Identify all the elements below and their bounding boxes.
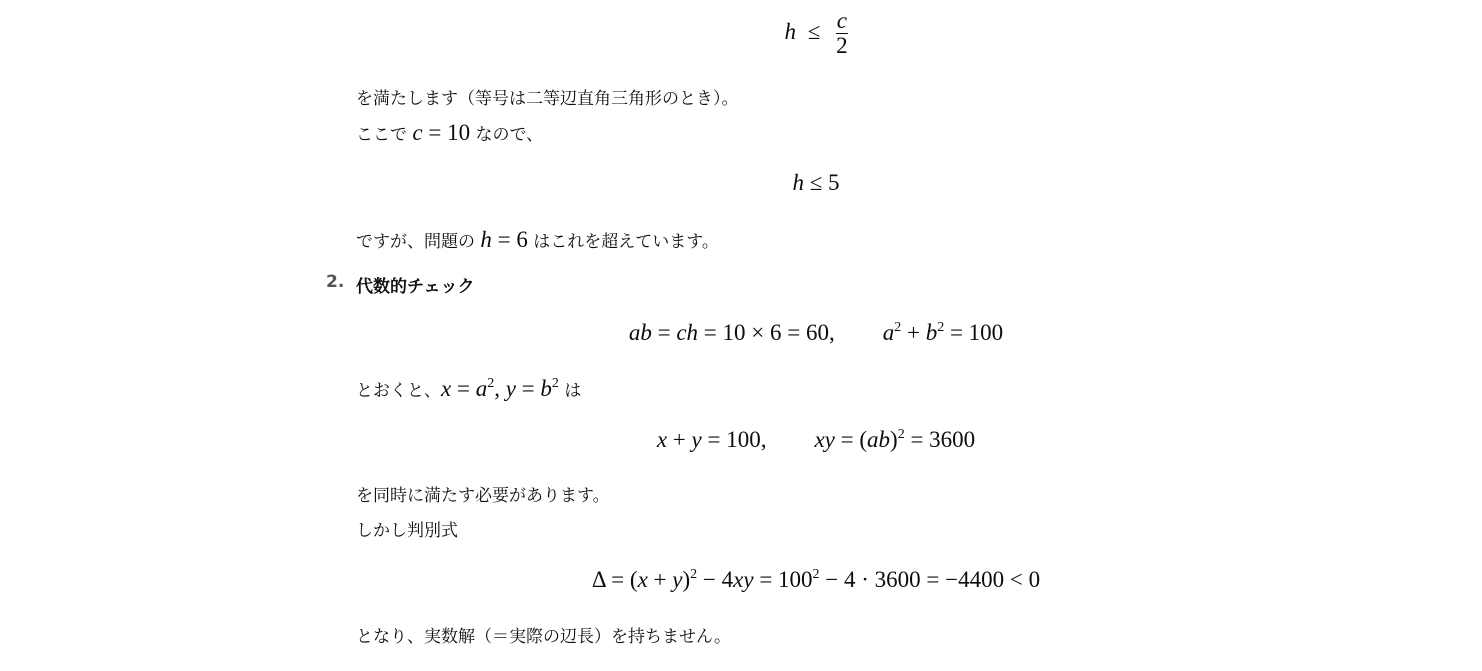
math-var-h: h	[784, 19, 796, 44]
text: は	[564, 381, 581, 401]
equation-discriminant: Δ = (x + y)2 − 4xy = 1002 − 4 · 3600 = −…	[356, 567, 1276, 593]
text: ですが、問題の	[356, 232, 475, 252]
inline-math: c = 10	[412, 120, 470, 145]
text: とおくと、	[356, 381, 441, 401]
inline-math: h = 6	[480, 227, 527, 252]
fraction-denominator: 2	[836, 35, 848, 57]
equation-ab-ch: ab = ch = 10 × 6 = 60,a2 + b2 = 100	[356, 320, 1276, 346]
fraction-numerator: c	[836, 10, 848, 32]
section-title: 代数的チェック	[356, 272, 475, 297]
equation-h-le-5: h ≤ 5	[356, 170, 1276, 196]
paragraph: を同時に満たす必要があります。	[356, 484, 610, 508]
fraction: c 2	[836, 10, 848, 57]
paragraph: ここで c = 10 なので、	[356, 121, 543, 147]
list-number: 2.	[326, 272, 344, 292]
equation-x-plus-y: x + y = 100,xy = (ab)2 = 3600	[356, 427, 1276, 453]
text: なので、	[476, 125, 544, 145]
math-op: ≤	[808, 19, 821, 44]
text: ここで	[356, 125, 407, 145]
text: はこれを超えています。	[533, 232, 719, 252]
paragraph: しかし判別式	[356, 519, 458, 543]
paragraph: を満たします（等号は二等辺直角三角形のとき）。	[356, 87, 739, 111]
equation-h-le-c-over-2: h ≤ c 2	[356, 10, 1276, 57]
paragraph: ですが、問題の h = 6 はこれを超えています。	[356, 228, 719, 254]
inline-math: x = a2, y = b2	[441, 376, 559, 401]
paragraph: とおくと、x = a2, y = b2 は	[356, 377, 581, 403]
paragraph: となり、実数解（＝実際の辺長）を持ちません。	[356, 625, 731, 649]
